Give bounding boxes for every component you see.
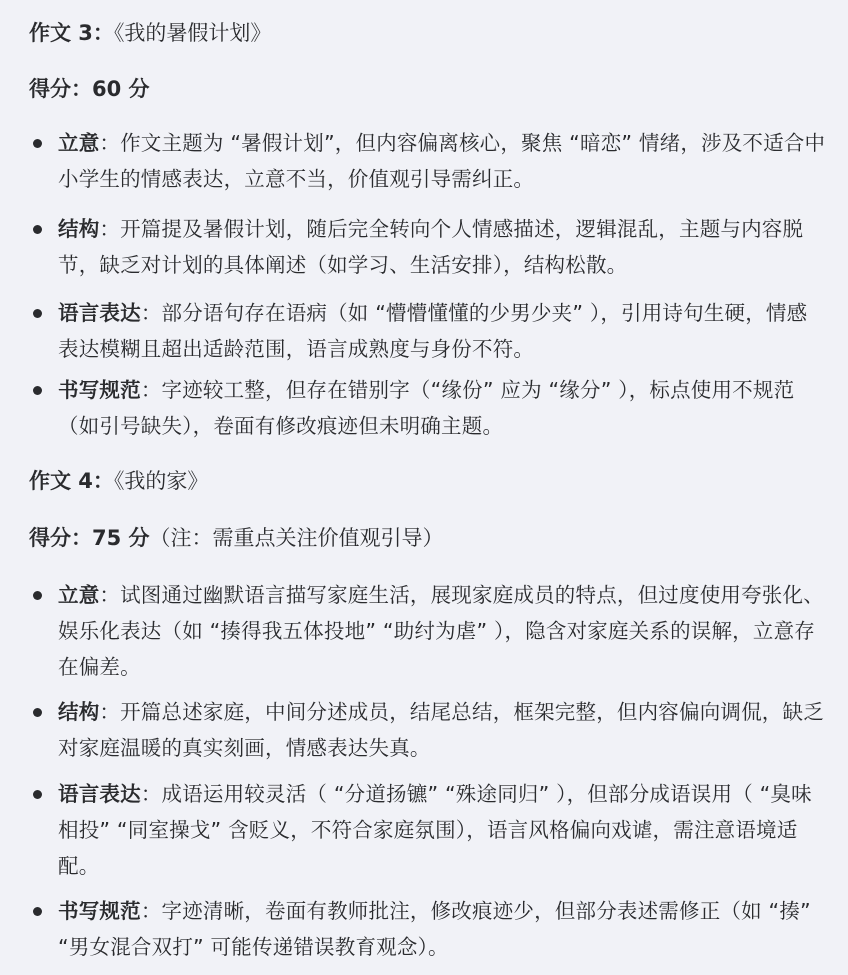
item-text: ：字迹清晰，卷面有教师批注，修改痕迹少，但部分表述需修正（如 “揍” “男女混合… [58,899,811,959]
bullet-icon [33,386,42,395]
essay-4-item-intent: 立意：试图通过幽默语言描写家庭生活，展现家庭成员的特点，但过度使用夸张化、娱乐化… [29,577,829,685]
essay-3-item-language: 语言表达：部分语句存在语病（如 “懵懵懂懂的少男少夹” ），引用诗句生硬，情感表… [29,295,829,367]
bullet-icon [33,907,42,916]
bullet-icon [33,225,42,234]
score-value: 60 分 [92,77,150,101]
essay-4-score: 得分：75 分（注：需重点关注价值观引导） [29,523,444,553]
score-note: （注：需重点关注价值观引导） [150,526,444,550]
bullet-icon [33,591,42,600]
item-label: 立意 [58,583,99,607]
score-label: 得分： [29,77,92,101]
essay-3-item-intent: 立意：作文主题为 “暑假计划”，但内容偏离核心，聚焦 “暗恋” 情绪，涉及不适合… [29,125,829,197]
essay-4-title: 《我的家》 [114,469,209,493]
item-label: 语言表达 [58,301,141,325]
essay-4-item-language: 语言表达：成语运用较灵活（ “分道扬镳” “殊途同归” ），但部分成语误用（ “… [29,776,829,884]
bullet-icon [33,708,42,717]
score-label: 得分： [29,526,92,550]
item-text: ：试图通过幽默语言描写家庭生活，展现家庭成员的特点，但过度使用夸张化、娱乐化表达… [58,583,824,679]
bullet-icon [33,139,42,148]
item-label: 立意 [58,131,99,155]
essay-3-title: 《我的暑假计划》 [114,21,272,45]
item-text: ：作文主题为 “暑假计划”，但内容偏离核心，聚焦 “暗恋” 情绪，涉及不适合中小… [58,131,825,191]
essay-4-number: 作文 4： [29,469,114,493]
bullet-icon [33,790,42,799]
item-label: 结构 [58,700,99,724]
essay-3-heading: 作文 3：《我的暑假计划》 [29,18,271,48]
essay-4-item-writing: 书写规范：字迹清晰，卷面有教师批注，修改痕迹少，但部分表述需修正（如 “揍” “… [29,893,829,965]
essay-3-number: 作文 3： [29,21,114,45]
item-text: ：成语运用较灵活（ “分道扬镳” “殊途同归” ），但部分成语误用（ “臭味相投… [58,782,812,878]
item-text: ：开篇总述家庭，中间分述成员，结尾总结，框架完整，但内容偏向调侃，缺乏对家庭温暖… [58,700,824,760]
item-text: ：部分语句存在语病（如 “懵懵懂懂的少男少夹” ），引用诗句生硬，情感表达模糊且… [58,301,807,361]
essay-3-item-writing: 书写规范：字迹较工整，但存在错别字（“缘份” 应为 “缘分” ），标点使用不规范… [29,372,829,444]
essay-4-heading: 作文 4：《我的家》 [29,466,208,496]
item-label: 书写规范 [58,899,141,923]
essay-4-item-structure: 结构：开篇总述家庭，中间分述成员，结尾总结，框架完整，但内容偏向调侃，缺乏对家庭… [29,694,829,766]
essay-3-item-structure: 结构：开篇提及暑假计划，随后完全转向个人情感描述，逻辑混乱，主题与内容脱节，缺乏… [29,211,829,283]
item-text: ：开篇提及暑假计划，随后完全转向个人情感描述，逻辑混乱，主题与内容脱节，缺乏对计… [58,217,803,277]
item-label: 语言表达 [58,782,141,806]
score-value: 75 分 [92,526,150,550]
bullet-icon [33,309,42,318]
item-label: 书写规范 [58,378,141,402]
item-label: 结构 [58,217,99,241]
item-text: ：字迹较工整，但存在错别字（“缘份” 应为 “缘分” ），标点使用不规范（如引号… [58,378,794,438]
essay-3-score: 得分：60 分 [29,74,150,104]
